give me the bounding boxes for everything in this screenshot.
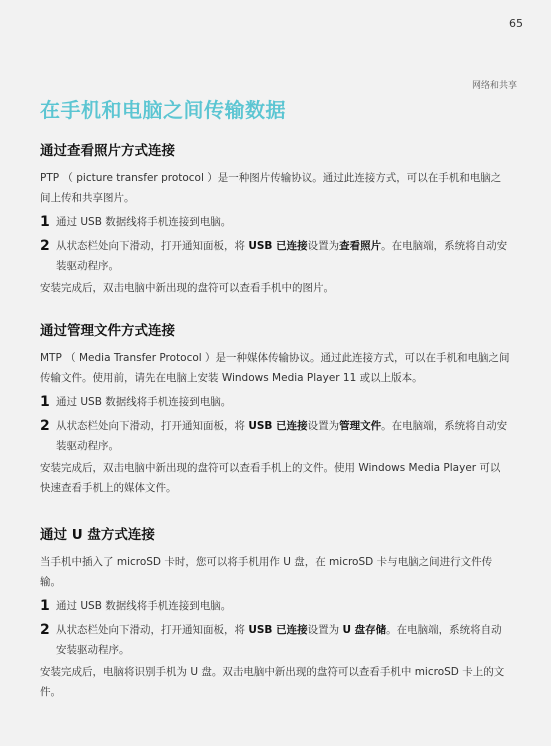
section-ptp: 通过查看照片方式连接 PTP （ picture transfer protoc… bbox=[40, 140, 510, 298]
section-intro: 当手机中插入了 microSD 卡时，您可以将手机用作 U 盘，在 microS… bbox=[40, 552, 510, 592]
step-text-mid: 设置为 bbox=[308, 420, 340, 432]
step-text-pre: 从状态栏处向下滑动，打开通知面板，将 bbox=[56, 240, 248, 252]
section-outro: 安装完成后，双击电脑中新出现的盘符可以查看手机上的文件。使用 Windows M… bbox=[40, 458, 510, 498]
step-number: 1 bbox=[40, 392, 56, 412]
step-text: 从状态栏处向下滑动，打开通知面板，将 USB 已连接设置为查看照片。在电脑端，系… bbox=[56, 236, 510, 276]
usb-connected-label: USB 已连接 bbox=[248, 624, 307, 636]
section-heading: 通过管理文件方式连接 bbox=[40, 320, 510, 342]
step-text-pre: 从状态栏处向下滑动，打开通知面板，将 bbox=[56, 624, 248, 636]
section-usb-storage: 通过 U 盘方式连接 当手机中插入了 microSD 卡时，您可以将手机用作 U… bbox=[40, 524, 510, 702]
step-text-mid: 设置为 bbox=[308, 624, 343, 636]
section-heading: 通过查看照片方式连接 bbox=[40, 140, 510, 162]
mode-label: U 盘存储 bbox=[342, 624, 386, 636]
usb-connected-label: USB 已连接 bbox=[248, 240, 307, 252]
page-title: 在手机和电脑之间传输数据 bbox=[40, 94, 286, 123]
mode-label: 查看照片 bbox=[339, 240, 381, 252]
step-2: 2 从状态栏处向下滑动，打开通知面板，将 USB 已连接设置为查看照片。在电脑端… bbox=[40, 236, 510, 276]
step-number: 2 bbox=[40, 416, 56, 456]
chapter-label: 网络和共享 bbox=[472, 78, 517, 91]
step-number: 2 bbox=[40, 236, 56, 276]
step-text: 通过 USB 数据线将手机连接到电脑。 bbox=[56, 596, 510, 616]
page-number: 65 bbox=[509, 17, 523, 30]
step-number: 1 bbox=[40, 596, 56, 616]
step-number: 2 bbox=[40, 620, 56, 660]
step-text: 从状态栏处向下滑动，打开通知面板，将 USB 已连接设置为管理文件。在电脑端，系… bbox=[56, 416, 510, 456]
section-mtp: 通过管理文件方式连接 MTP （ Media Transfer Protocol… bbox=[40, 320, 510, 498]
section-outro: 安装完成后，双击电脑中新出现的盘符可以查看手机中的图片。 bbox=[40, 278, 510, 298]
step-text-mid: 设置为 bbox=[308, 240, 340, 252]
step-text: 通过 USB 数据线将手机连接到电脑。 bbox=[56, 212, 510, 232]
section-intro: PTP （ picture transfer protocol ）是一种图片传输… bbox=[40, 168, 510, 208]
step-1: 1 通过 USB 数据线将手机连接到电脑。 bbox=[40, 596, 510, 616]
mode-label: 管理文件 bbox=[339, 420, 381, 432]
step-2: 2 从状态栏处向下滑动，打开通知面板，将 USB 已连接设置为 U 盘存储。在电… bbox=[40, 620, 510, 660]
section-heading: 通过 U 盘方式连接 bbox=[40, 524, 510, 546]
step-text: 通过 USB 数据线将手机连接到电脑。 bbox=[56, 392, 510, 412]
step-number: 1 bbox=[40, 212, 56, 232]
step-text-pre: 从状态栏处向下滑动，打开通知面板，将 bbox=[56, 420, 248, 432]
step-1: 1 通过 USB 数据线将手机连接到电脑。 bbox=[40, 392, 510, 412]
usb-connected-label: USB 已连接 bbox=[248, 420, 307, 432]
section-outro: 安装完成后，电脑将识别手机为 U 盘。双击电脑中新出现的盘符可以查看手机中 mi… bbox=[40, 662, 510, 702]
section-intro: MTP （ Media Transfer Protocol ）是一种媒体传输协议… bbox=[40, 348, 510, 388]
step-1: 1 通过 USB 数据线将手机连接到电脑。 bbox=[40, 212, 510, 232]
step-text: 从状态栏处向下滑动，打开通知面板，将 USB 已连接设置为 U 盘存储。在电脑端… bbox=[56, 620, 510, 660]
step-2: 2 从状态栏处向下滑动，打开通知面板，将 USB 已连接设置为管理文件。在电脑端… bbox=[40, 416, 510, 456]
